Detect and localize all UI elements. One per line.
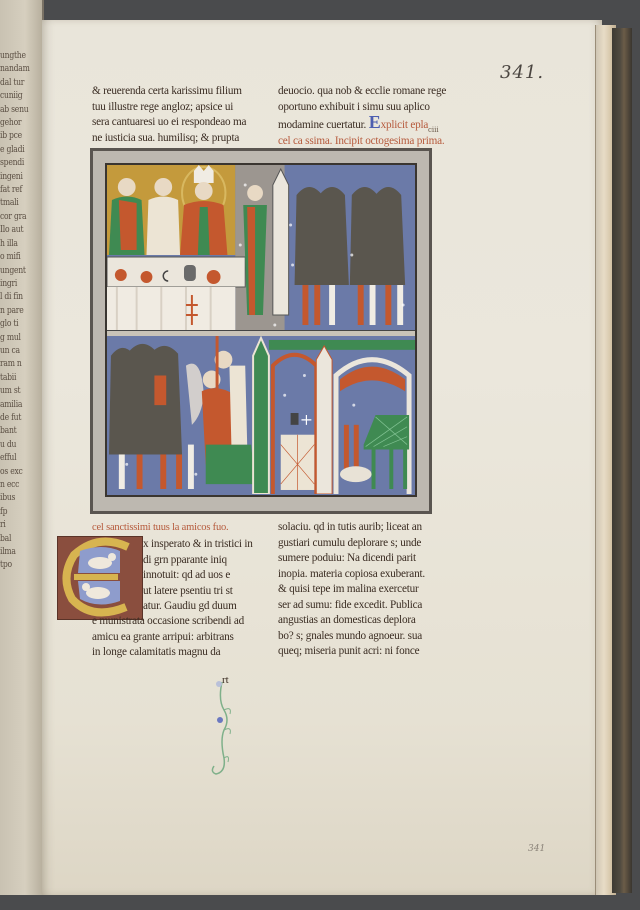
left-line: ungthe: [0, 50, 32, 63]
pencil-folio-number: 341: [528, 844, 545, 854]
text-line: angustias an domesticas deplora: [278, 613, 425, 629]
left-line: nandam: [0, 63, 32, 76]
column-left-bottom-indent: x insperato & in tristici in di grn ppar…: [143, 537, 253, 615]
left-line: h illa: [0, 238, 32, 251]
left-line: e gladi: [0, 144, 32, 157]
left-line: l di fin: [0, 291, 32, 304]
left-line: amilia: [0, 399, 32, 412]
left-line: de fut: [0, 412, 32, 425]
left-line: ingeni: [0, 171, 32, 184]
left-line: glo ti: [0, 318, 32, 331]
left-line: ram n: [0, 358, 32, 371]
text-line: queq; miseria punit acri: ni fonce: [278, 644, 425, 660]
text-line: modamine cuertatur. Explicit epla: [278, 115, 446, 134]
rubric-line: cel ca ssima. Incipit octogesima prima.: [278, 134, 446, 150]
left-line: bant: [0, 425, 32, 438]
text-line: tuu illustre rege angloz; apsice ui: [92, 100, 246, 116]
miniature-panel: [105, 163, 417, 497]
folio-number: 341.: [500, 62, 544, 83]
text-fragment: modamine cuertatur.: [278, 119, 366, 131]
left-line: os exc: [0, 466, 32, 479]
marginal-note: ciii: [428, 126, 439, 134]
left-line: u du: [0, 439, 32, 452]
text-line: e munistrata occasione scribendi ad: [92, 614, 244, 630]
text-line: x insperato & in tristici in: [143, 537, 253, 553]
left-line: n pare: [0, 305, 32, 318]
left-line: gehor: [0, 117, 32, 130]
left-line: tpo: [0, 559, 32, 572]
historiated-initial: [57, 536, 143, 620]
left-line: o mifi: [0, 251, 32, 264]
text-line: solaciu. qd in tutis aurib; liceat an: [278, 520, 425, 536]
text-line: gustiari cumulu deplorare s; unde: [278, 536, 425, 552]
left-line: um st: [0, 385, 32, 398]
left-line: ilma: [0, 546, 32, 559]
left-line: ri: [0, 519, 32, 532]
text-line: amicu ea grante arripui: arbitrans: [92, 630, 244, 646]
column-left-top: & reuerenda certa karissimu filium tuu i…: [92, 84, 246, 146]
rubric-initial: E: [369, 112, 381, 132]
rubric-heading: cel sanctissimi tuus la amicos fuo.: [92, 520, 228, 536]
text-line: innotuit: qd ad uos e: [143, 568, 253, 584]
left-line: un ca: [0, 345, 32, 358]
left-page-text: ungthe nandam dal tur cuniig ab senu geh…: [0, 50, 38, 700]
text-line: deuocio. qua nob & ecclie romane rege: [278, 84, 446, 100]
text-line: ut latere psentiu tri st: [143, 584, 253, 600]
text-line: ne iusticia sua. humilisq; & prupta: [92, 131, 246, 147]
initial-e-icon: [58, 537, 142, 619]
left-line: fat ref: [0, 184, 32, 197]
left-line: ib pce: [0, 130, 32, 143]
left-line: cuniig: [0, 90, 32, 103]
text-line: sera cantuaresi uo ei respondeao ma: [92, 115, 246, 131]
column-right-bottom: solaciu. qd in tutis aurib; liceat an gu…: [278, 520, 425, 660]
text-line: bo? s; gnales mundo agnoeur. sua: [278, 629, 425, 645]
left-line: ab senu: [0, 104, 32, 117]
text-line: di grn pparante iniq: [143, 553, 253, 569]
left-line: ingri: [0, 278, 32, 291]
left-line: Ilo aut: [0, 224, 32, 237]
banquet-scene: [107, 165, 415, 330]
left-line: bal: [0, 533, 32, 546]
text-line: in longe calamitatis magnu da: [92, 645, 244, 661]
left-line: g mul: [0, 332, 32, 345]
left-line: efful: [0, 452, 32, 465]
text-line: inopia. materia copiosa exuberant.: [278, 567, 425, 583]
martyrdom-scene: [107, 336, 415, 494]
text-line: & quisi tepe im malina exercetur: [278, 582, 425, 598]
left-line: tabii: [0, 372, 32, 385]
text-line: atur. Gaudiu gd duum: [143, 599, 253, 615]
column-left-bottom: e munistrata occasione scribendi ad amic…: [92, 614, 244, 661]
text-line: sumere poduiu: Na dicendi parit: [278, 551, 425, 567]
book-binding: [612, 28, 632, 893]
left-line: ungent: [0, 265, 32, 278]
left-line: cor gra: [0, 211, 32, 224]
left-line: n ecc: [0, 479, 32, 492]
left-line: spendi: [0, 157, 32, 170]
left-line: dal tur: [0, 77, 32, 90]
text-line: oportuno exhibuit i simu suu aplico: [278, 100, 446, 116]
column-right-top: deuocio. qua nob & ecclie romane rege op…: [278, 84, 446, 149]
left-line: tmali: [0, 197, 32, 210]
illuminated-miniature: [90, 148, 432, 514]
text-line: & reuerenda certa karissimu filium: [92, 84, 246, 100]
left-line: ibus: [0, 492, 32, 505]
rubric-text: xplicit epla: [381, 119, 429, 131]
text-line: ser ad sumu: fide excedit. Publica: [278, 598, 425, 614]
left-line: fp: [0, 506, 32, 519]
pen-flourish-icon: [208, 680, 238, 780]
